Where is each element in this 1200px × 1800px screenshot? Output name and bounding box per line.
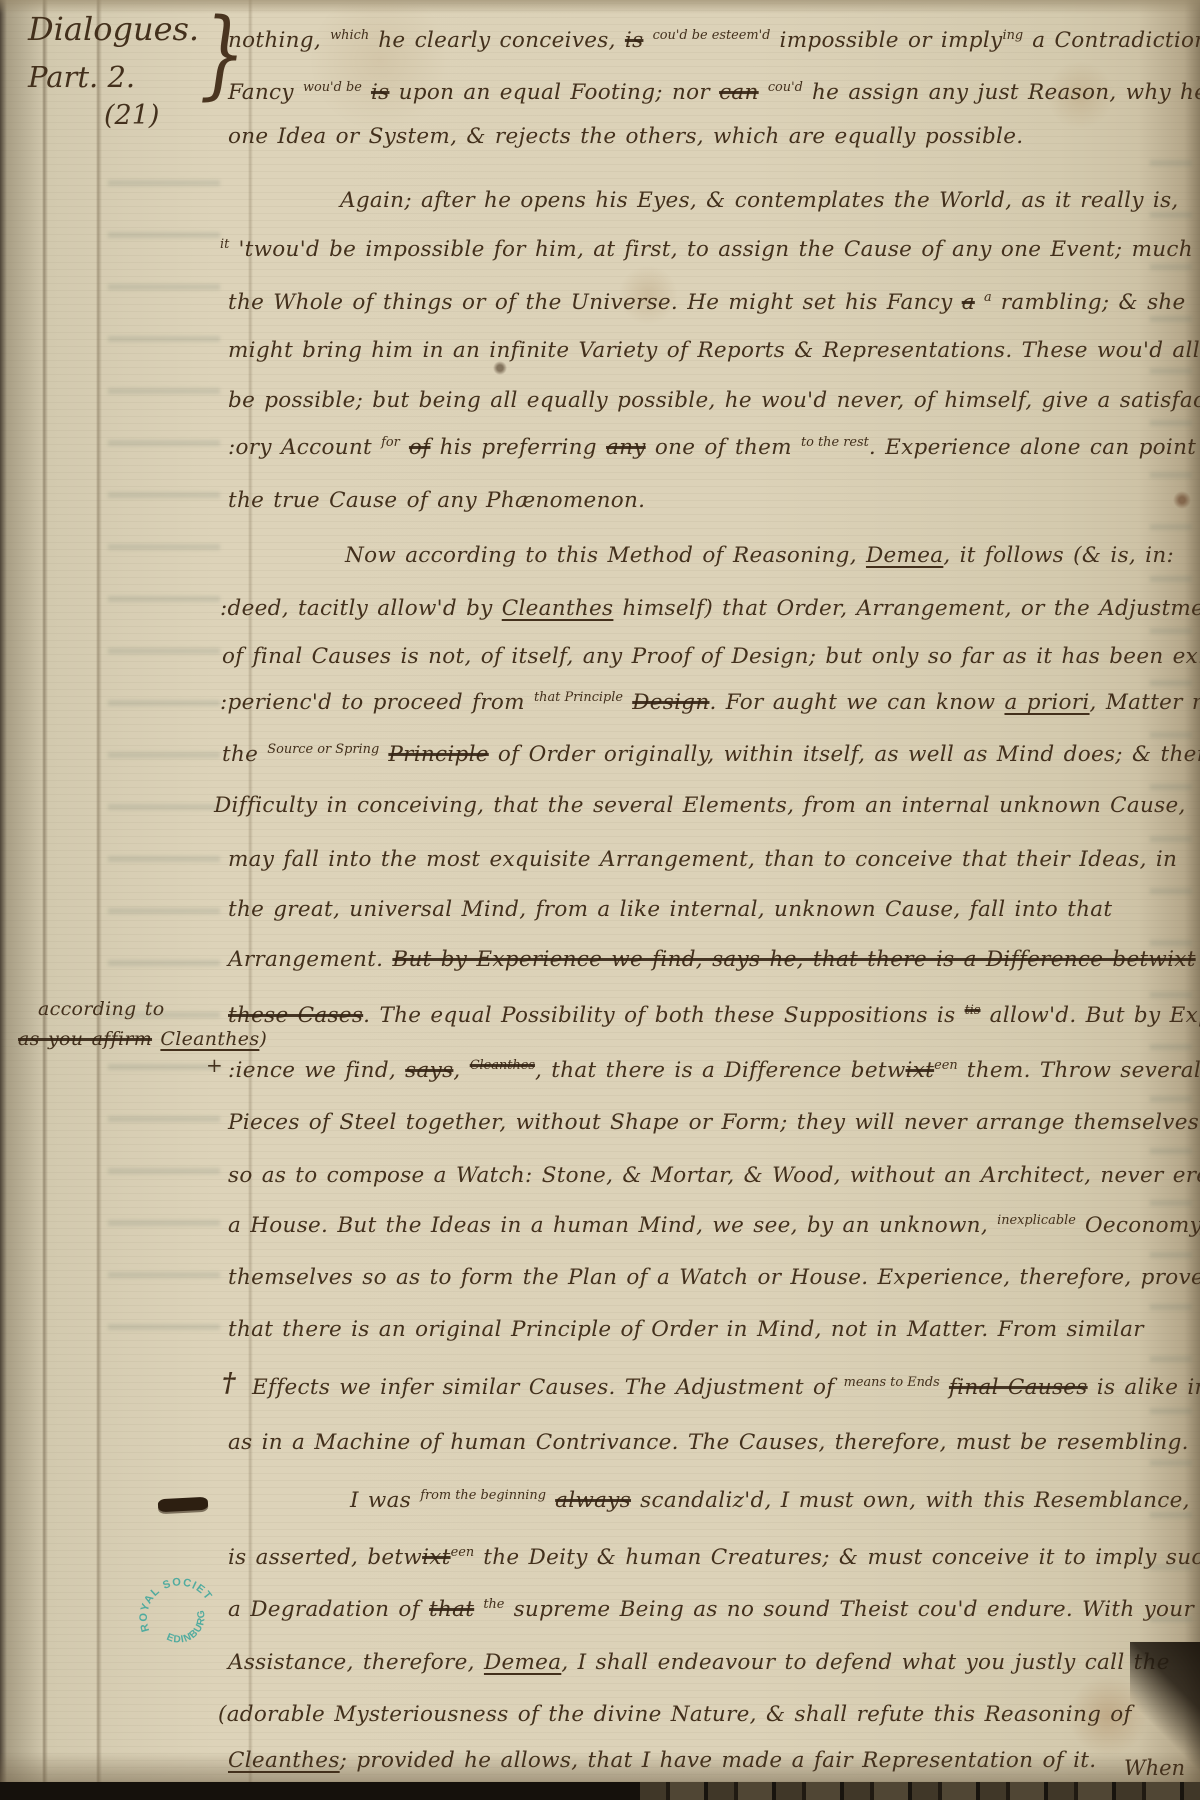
- text-run: upon an equal Footing; nor: [389, 80, 719, 105]
- text-run: impossible or imply: [770, 28, 1002, 53]
- inserted-text: a: [984, 290, 992, 305]
- text-run: might bring him in an infinite Variety o…: [228, 338, 1200, 363]
- manuscript-line: :ory Account for of his preferring any o…: [228, 435, 1200, 460]
- inserted-text: to the rest: [801, 435, 869, 450]
- verso-showthrough: [1150, 160, 1192, 1640]
- manuscript-line: :deed, tacitly allow'd by Cleanthes hims…: [220, 596, 1200, 621]
- text-run: himself) that Order, Arrangement, or the…: [613, 596, 1200, 621]
- manuscript-line: as in a Machine of human Contrivance. Th…: [228, 1430, 1189, 1455]
- text-run: supreme Being as no sound Theist cou'd e…: [504, 1597, 1194, 1622]
- manuscript-line: themselves so as to form the Plan of a W…: [228, 1265, 1200, 1290]
- manuscript-line: is asserted, betwixteen the Deity & huma…: [228, 1545, 1200, 1570]
- text-run: :ory Account: [228, 435, 381, 460]
- text-run: [759, 80, 768, 105]
- text-run: them. Throw several: [958, 1058, 1200, 1083]
- inserted-text: wou'd be: [303, 80, 362, 95]
- text-run: as in a Machine of human Contrivance. Th…: [228, 1430, 1189, 1455]
- text-run: of Order originally, within itself, as w…: [489, 742, 1200, 767]
- text-run: I was: [350, 1488, 420, 1513]
- deleted-text: of: [409, 435, 431, 460]
- margin-note-line: as you affirm Cleanthes): [18, 1028, 267, 1050]
- verso-showthrough: [108, 180, 220, 1330]
- text-run: Assistance, therefore,: [228, 1650, 484, 1675]
- text-run: . The equal Possibility of both these Su…: [363, 1003, 964, 1028]
- text-run: Arrangement.: [228, 947, 392, 972]
- inserted-text: that Principle: [534, 690, 623, 705]
- inserted-text: the: [483, 1597, 504, 1612]
- underlined-word: Cleanthes: [160, 1028, 259, 1050]
- inserted-text: which: [330, 28, 369, 43]
- manuscript-line: Effects we infer similar Causes. The Adj…: [252, 1375, 1200, 1400]
- text-run: of final Causes is not, of itself, any P…: [222, 644, 1200, 669]
- text-run: ; provided he allows, that I have made a…: [340, 1748, 1097, 1773]
- manuscript-line: nothing, which he clearly conceives, is …: [228, 28, 1200, 53]
- manuscript-line: these Cases. The equal Possibility of bo…: [228, 1003, 1200, 1028]
- text-run: according to: [38, 998, 164, 1020]
- text-run: the great, universal Mind, from a like i…: [228, 897, 1112, 922]
- deleted-text: that: [429, 1597, 474, 1622]
- text-run: :deed, tacitly allow'd by: [220, 596, 502, 621]
- manuscript-line: one Idea or System, & rejects the others…: [228, 124, 1023, 149]
- text-run: so as to compose a Watch: Stone, & Morta…: [228, 1163, 1200, 1188]
- text-run: Oeconomy, arrange: [1076, 1213, 1200, 1238]
- text-run: he assign any just Reason, why he adhere…: [803, 80, 1200, 105]
- text-run: Fancy: [228, 80, 303, 105]
- text-run: he clearly conceives,: [369, 28, 625, 53]
- text-run: [975, 290, 984, 315]
- text-run: allow'd. But by Exper:: [981, 1003, 1200, 1028]
- manuscript-line: that there is an original Principle of O…: [228, 1317, 1144, 1342]
- deleted-text: final Causes: [949, 1375, 1088, 1400]
- text-run: that there is an original Principle of O…: [228, 1317, 1144, 1342]
- inserted-text: means to Ends: [844, 1375, 940, 1390]
- text-run: 'twou'd be impossible for him, at first,…: [229, 237, 1200, 262]
- margin-dagger-mark: †: [222, 1368, 236, 1398]
- underlined-word: Demea: [866, 543, 943, 568]
- deleted-text: any: [606, 435, 646, 460]
- text-run: the Deity & human Creatures; & must conc…: [474, 1545, 1200, 1570]
- text-run: . For aught we can know: [709, 690, 1004, 715]
- text-run: [546, 1488, 555, 1513]
- royal-society-stamp: ROYAL SOCIETY EDINBURGH: [116, 1552, 236, 1672]
- manuscript-line: I was from the beginning always scandali…: [350, 1488, 1200, 1513]
- deleted-text: as you affirm: [18, 1028, 152, 1050]
- text-run: Pieces of Steel together, without Shape …: [228, 1110, 1199, 1135]
- text-run: [379, 742, 388, 767]
- manuscript-line: Arrangement. But by Experience we find, …: [228, 947, 1196, 972]
- text-run: [362, 80, 371, 105]
- manuscript-line: a Degradation of that the supreme Being …: [228, 1597, 1194, 1622]
- deleted-text: But by Experience we find, says he, that…: [392, 947, 1195, 972]
- manuscript-line: the Whole of things or of the Universe. …: [228, 290, 1186, 315]
- text-run: the: [222, 742, 267, 767]
- deleted-text: a: [962, 290, 975, 315]
- manuscript-photo: Dialogues. Part. 2. (21) } nothing, whic…: [0, 0, 1200, 1800]
- text-run: nothing,: [228, 28, 330, 53]
- manuscript-line: (adorable Mysteriousness of the divine N…: [218, 1702, 1132, 1727]
- ink-blot: [158, 1497, 209, 1513]
- manuscript-line: might bring him in an infinite Variety o…: [228, 338, 1200, 363]
- text-run: one Idea or System, & rejects the others…: [228, 124, 1023, 149]
- inserted-text: from the beginning: [420, 1488, 546, 1503]
- manuscript-line: Again; after he opens his Eyes, & contem…: [340, 188, 1179, 213]
- manuscript-line: the great, universal Mind, from a like i…: [228, 897, 1112, 922]
- manuscript-line: Difficulty in conceiving, that the sever…: [214, 793, 1186, 818]
- text-run: [643, 28, 652, 53]
- manuscript-line: Fancy wou'd be is upon an equal Footing;…: [228, 80, 1200, 105]
- text-run: Effects we infer similar Causes. The Adj…: [252, 1375, 844, 1400]
- margin-plus-mark: +: [206, 1053, 223, 1077]
- inserted-text: Source or Spring: [267, 742, 379, 757]
- text-run: be possible; but being all equally possi…: [228, 388, 1200, 413]
- deleted-text: is: [625, 28, 644, 53]
- inserted-text: inexplicable: [997, 1213, 1076, 1228]
- text-run: +: [206, 1053, 223, 1077]
- text-run: ,: [453, 1058, 469, 1083]
- text-run: scandaliz'd, I must own, with this Resem…: [631, 1488, 1200, 1513]
- deleted-text: always: [555, 1488, 631, 1513]
- text-run: [940, 1375, 949, 1400]
- text-run: (adorable Mysteriousness of the divine N…: [218, 1702, 1132, 1727]
- text-run: , that there is a Difference betw: [535, 1058, 906, 1083]
- inserted-text: ing: [1002, 28, 1023, 43]
- deleted-text: ixt: [906, 1058, 935, 1083]
- deleted-text: these Cases: [228, 1003, 363, 1028]
- deleted-text: Principle: [388, 742, 488, 767]
- text-run: †: [222, 1368, 236, 1398]
- text-run: . Experience alone can point out to him: [869, 435, 1200, 460]
- underlined-word: Cleanthes: [502, 596, 614, 621]
- inserted-deleted-text: tis: [965, 1003, 981, 1018]
- part-label: Part. 2.: [28, 60, 135, 94]
- manuscript-line: may fall into the most exquisite Arrange…: [228, 847, 1177, 872]
- text-run: is asserted, betw: [228, 1545, 422, 1570]
- text-run: [623, 690, 632, 715]
- text-run: , Matter may contain: [1090, 690, 1200, 715]
- manuscript-line: be possible; but being all equally possi…: [228, 388, 1200, 413]
- manuscript-line: :ience we find, says, Cleanthes, that th…: [228, 1058, 1200, 1083]
- manuscript-line: :perienc'd to proceed from that Principl…: [220, 690, 1200, 715]
- inserted-text: it: [220, 237, 229, 252]
- inserted-text: cou'd: [768, 80, 803, 95]
- page-title: Dialogues.: [28, 10, 199, 48]
- manuscript-line: Pieces of Steel together, without Shape …: [228, 1110, 1199, 1135]
- manuscript-line: a House. But the Ideas in a human Mind, …: [228, 1213, 1200, 1238]
- inserted-text: cou'd be esteem'd: [653, 28, 771, 43]
- text-run: the Whole of things or of the Universe. …: [228, 290, 962, 315]
- margin-ink-blot: [158, 1492, 208, 1517]
- deleted-text: ixt: [422, 1545, 451, 1570]
- page-number: (21): [104, 100, 159, 131]
- manuscript-line: it 'twou'd be impossible for him, at fir…: [220, 237, 1200, 262]
- deleted-text: Design: [632, 690, 709, 715]
- text-run: [400, 435, 409, 460]
- inserted-text: een: [451, 1545, 475, 1560]
- page-corner-shadow: [1130, 1642, 1200, 1782]
- text-run: may fall into the most exquisite Arrange…: [228, 847, 1177, 872]
- text-run: a House. But the Ideas in a human Mind, …: [228, 1213, 997, 1238]
- manuscript-line: Cleanthes; provided he allows, that I ha…: [228, 1748, 1096, 1773]
- underlined-word: a priori: [1004, 690, 1089, 715]
- page-stack-edges: [640, 1782, 1200, 1800]
- text-run: , I shall endeavour to defend what you j…: [561, 1650, 1169, 1675]
- margin-note-line: according to: [38, 998, 164, 1020]
- text-run: :perienc'd to proceed from: [220, 690, 534, 715]
- deleted-text: says: [405, 1058, 453, 1083]
- stamp-bottom-text: EDINBURGH: [116, 1553, 218, 1666]
- text-run: Again; after he opens his Eyes, & contem…: [340, 188, 1179, 213]
- text-run: [474, 1597, 483, 1622]
- text-run: a Degradation of: [228, 1597, 429, 1622]
- text-run: ): [259, 1028, 267, 1050]
- text-run: a Contradiction, every Chimera of his: [1023, 28, 1200, 53]
- manuscript-page: Dialogues. Part. 2. (21) } nothing, whic…: [0, 0, 1200, 1782]
- manuscript-line: Assistance, therefore, Demea, I shall en…: [228, 1650, 1170, 1675]
- book-edge-band: [0, 1782, 1200, 1800]
- manuscript-line: the true Cause of any Phænomenon.: [228, 488, 645, 513]
- underlined-word: Cleanthes: [228, 1748, 340, 1773]
- deleted-text: is: [371, 80, 390, 105]
- inserted-deleted-text: Cleanthes: [470, 1058, 535, 1073]
- text-run: Now according to this Method of Reasonin…: [345, 543, 866, 568]
- deleted-text: can: [719, 80, 759, 105]
- text-run: rambling; & she: [992, 290, 1186, 315]
- text-run: his preferring: [430, 435, 606, 460]
- text-run: themselves so as to form the Plan of a W…: [228, 1265, 1200, 1290]
- text-run: is alike in the Universe,: [1088, 1375, 1200, 1400]
- text-run: , it follows (& is, in:: [943, 543, 1174, 568]
- svg-text:EDINBURGH: EDINBURGH: [116, 1553, 218, 1666]
- inserted-text: for: [381, 435, 400, 450]
- manuscript-line: the Source or Spring Principle of Order …: [222, 742, 1200, 767]
- underlined-word: Demea: [484, 1650, 561, 1675]
- text-run: Difficulty in conceiving, that the sever…: [214, 793, 1186, 818]
- manuscript-line: so as to compose a Watch: Stone, & Morta…: [228, 1163, 1200, 1188]
- text-run: the true Cause of any Phænomenon.: [228, 488, 645, 513]
- text-run: :ience we find,: [228, 1058, 405, 1083]
- manuscript-line: of final Causes is not, of itself, any P…: [222, 644, 1200, 669]
- manuscript-line: Now according to this Method of Reasonin…: [345, 543, 1174, 568]
- inserted-text: een: [934, 1058, 958, 1073]
- text-run: one of them: [646, 435, 801, 460]
